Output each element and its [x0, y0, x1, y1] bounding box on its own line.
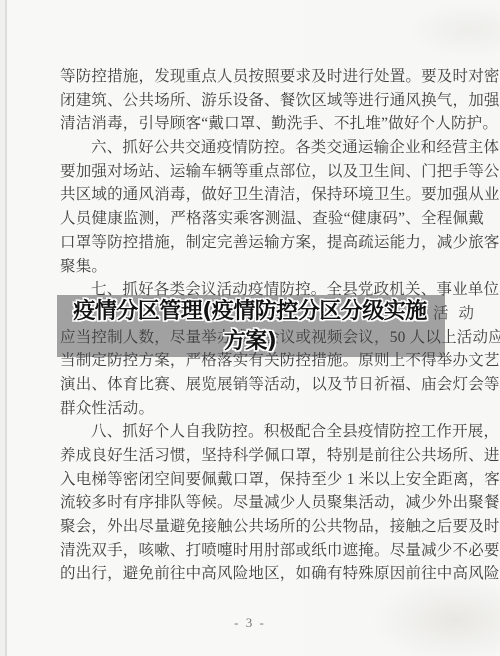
overlay-title: 疫情分区管理(疫情防控分区分级实施 方案) — [0, 297, 500, 357]
doc-line: 要加强对场站、运输车辆等重点部位，以及卫生间、门把手等公 — [60, 160, 484, 184]
doc-line: 群众性活动。 — [60, 397, 484, 421]
doc-line: 六、抓好公共交通疫情防控。各类交通运输企业和经营主体 — [60, 136, 484, 160]
doc-line: 闭建筑、公共场所、游乐设备、餐饮区域等进行通风换气，加强 — [60, 89, 484, 113]
doc-line: 等防控措施，发现重点人员按照要求及时进行处置。要及时对密 — [60, 65, 484, 89]
doc-line: 聚集。 — [60, 255, 484, 279]
doc-line: 演出、体育比赛、展览展销等活动，以及节日祈福、庙会灯会等 — [60, 373, 484, 397]
overlay-title-line1: 疫情分区管理(疫情防控分区分级实施 — [0, 297, 500, 327]
doc-line: 八、抓好个人自我防控。积极配合全县疫情防控工作开展， — [60, 420, 484, 444]
doc-line: 清洗双手，咳嗽、打喷嚏时用肘部或纸巾遮掩。尽量减少不必要 — [60, 539, 484, 563]
doc-line: 养成良好生活习惯，坚持科学佩口罩，特别是前往公共场所、进 — [60, 444, 484, 468]
doc-line: 的出行，避免前往中高风险地区，如确有特殊原因前往中高风险 — [60, 562, 484, 586]
overlay-title-line2: 方案) — [0, 327, 500, 357]
doc-line: 聚会，外出尽量避免接触公共场所的公共物品，接触之后要及时 — [60, 515, 484, 539]
scanned-document-page: 等防控措施，发现重点人员按照要求及时进行处置。要及时对密闭建筑、公共场所、游乐设… — [0, 0, 500, 656]
doc-line: 人员健康监测，严格落实乘客测温、查验“健康码”、全程佩戴 — [60, 207, 484, 231]
doc-line: 清洁消毒，引导顾客“戴口罩、勤洗手、不扎堆”做好个人防护。 — [60, 112, 484, 136]
doc-line: 流较多时有序排队等候。尽量减少人员聚集活动，减少外出聚餐、 — [60, 491, 484, 515]
doc-line: 入电梯等密闭空间要佩戴口罩，保持至少 1 米以上安全距离，客 — [60, 468, 484, 492]
doc-line: 共区域的通风消毒，做好卫生清洁，保持环境卫生。要加强从业 — [60, 183, 484, 207]
doc-line: 口罩等防控措施，制定完善运输方案，提高疏运能力，减少旅客 — [60, 231, 484, 255]
page-number: - 3 - — [0, 615, 500, 631]
